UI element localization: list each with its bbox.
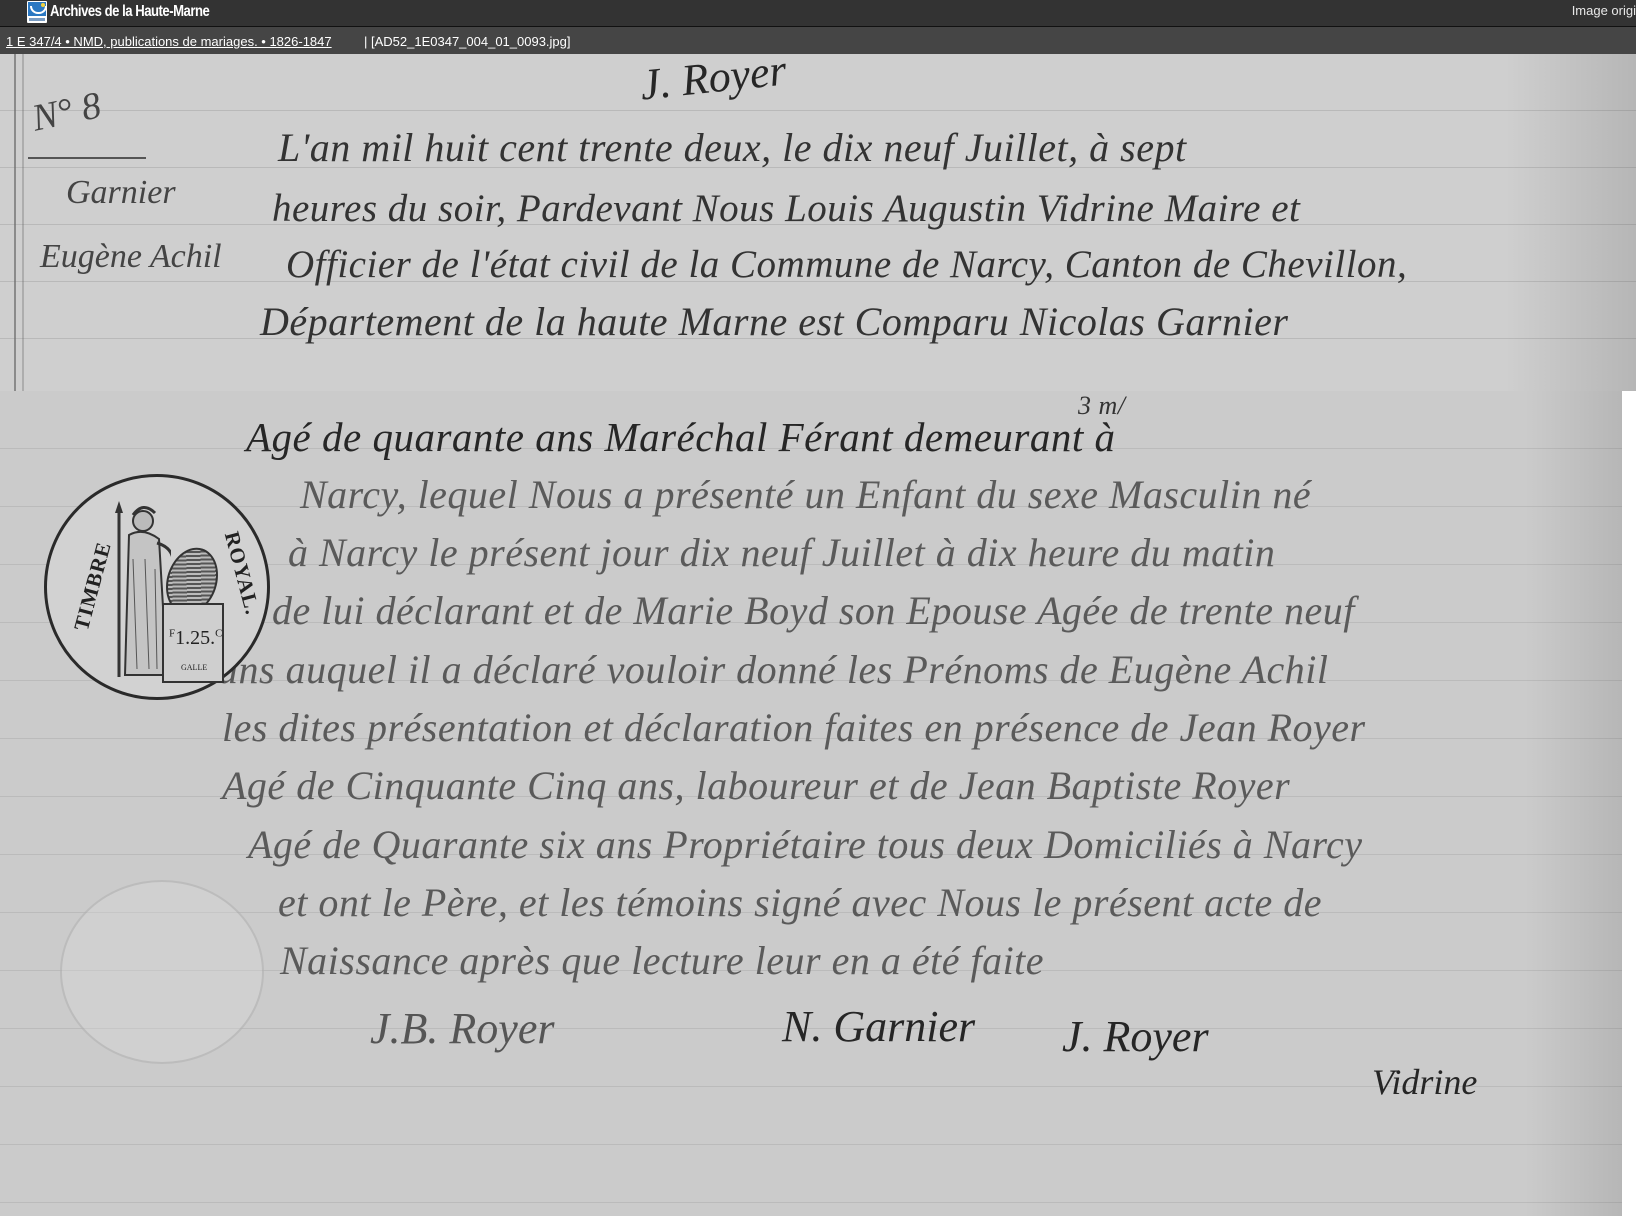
margin-rule-line: [22, 54, 24, 391]
record-line: les dites présentation et déclaration fa…: [222, 704, 1366, 751]
signature-jb-royer: J.B. Royer: [370, 1003, 554, 1054]
image-filename: | [AD52_1E0347_004_01_0093.jpg]: [364, 34, 571, 49]
record-line: heures du soir, Pardevant Nous Louis Aug…: [272, 186, 1300, 231]
document-image-upper[interactable]: N° 8 Garnier Eugène Achil J. Royer L'an …: [0, 54, 1636, 391]
record-line: à Narcy le présent jour dix neuf Juillet…: [288, 529, 1275, 576]
signature-j-royer: J. Royer: [1062, 1011, 1209, 1062]
record-line: Narcy, lequel Nous a présenté un Enfant …: [300, 471, 1311, 518]
record-line: Officier de l'état civil de la Commune d…: [286, 242, 1407, 287]
original-image-link[interactable]: Image origi: [1572, 3, 1636, 18]
signature-royer-top: J. Royer: [638, 54, 789, 111]
stamp-price: F1.25.C: [169, 627, 222, 650]
stamp-label-right: ROYAL.: [219, 529, 265, 618]
embossed-seal-icon: [60, 880, 264, 1064]
record-line: Agé de quarante ans Maréchal Férant deme…: [246, 413, 1116, 461]
timbre-royal-stamp-icon: TIMBRE ROYAL. F1.25.C GALLE: [44, 474, 270, 700]
margin-divider: [28, 157, 146, 159]
margin-rule-line: [14, 54, 16, 391]
record-line: Naissance après que lecture leur en a ét…: [280, 937, 1044, 984]
site-title[interactable]: Archives de la Haute-Marne: [50, 3, 209, 21]
stamp-engraver: GALLE: [181, 663, 207, 672]
record-line: Agé de Cinquante Cinq ans, laboureur et …: [222, 762, 1290, 809]
margin-entry-number: N° 8: [28, 83, 105, 140]
record-line: Agé de Quarante six ans Propriétaire tou…: [248, 821, 1363, 868]
stamp-label-left: TIMBRE: [69, 539, 117, 634]
stamp-price-value: 1.25.: [175, 627, 215, 649]
signature-n-garnier: N. Garnier: [782, 1001, 975, 1052]
stamp-price-centime: C: [215, 627, 222, 639]
archives-logo-icon[interactable]: [27, 1, 47, 23]
signature-vidrine-mayor: Vidrine: [1372, 1061, 1477, 1103]
margin-given-names: Eugène Achil: [40, 238, 222, 276]
record-line: de lui déclarant et de Marie Boyd son Ep…: [272, 587, 1355, 634]
top-header-bar: Archives de la Haute-Marne Image origi: [0, 0, 1636, 27]
record-line: et ont le Père, et les témoins signé ave…: [278, 879, 1322, 926]
document-info-bar: 1 E 347/4 • NMD, publications de mariage…: [0, 27, 1636, 54]
margin-surname: Garnier: [66, 174, 176, 212]
record-line: L'an mil huit cent trente deux, le dix n…: [278, 124, 1187, 171]
record-line: ans auquel il a déclaré vouloir donné le…: [218, 646, 1328, 693]
record-line: Département de la haute Marne est Compar…: [260, 298, 1288, 345]
breadcrumb-link[interactable]: 1 E 347/4 • NMD, publications de mariage…: [6, 34, 332, 49]
